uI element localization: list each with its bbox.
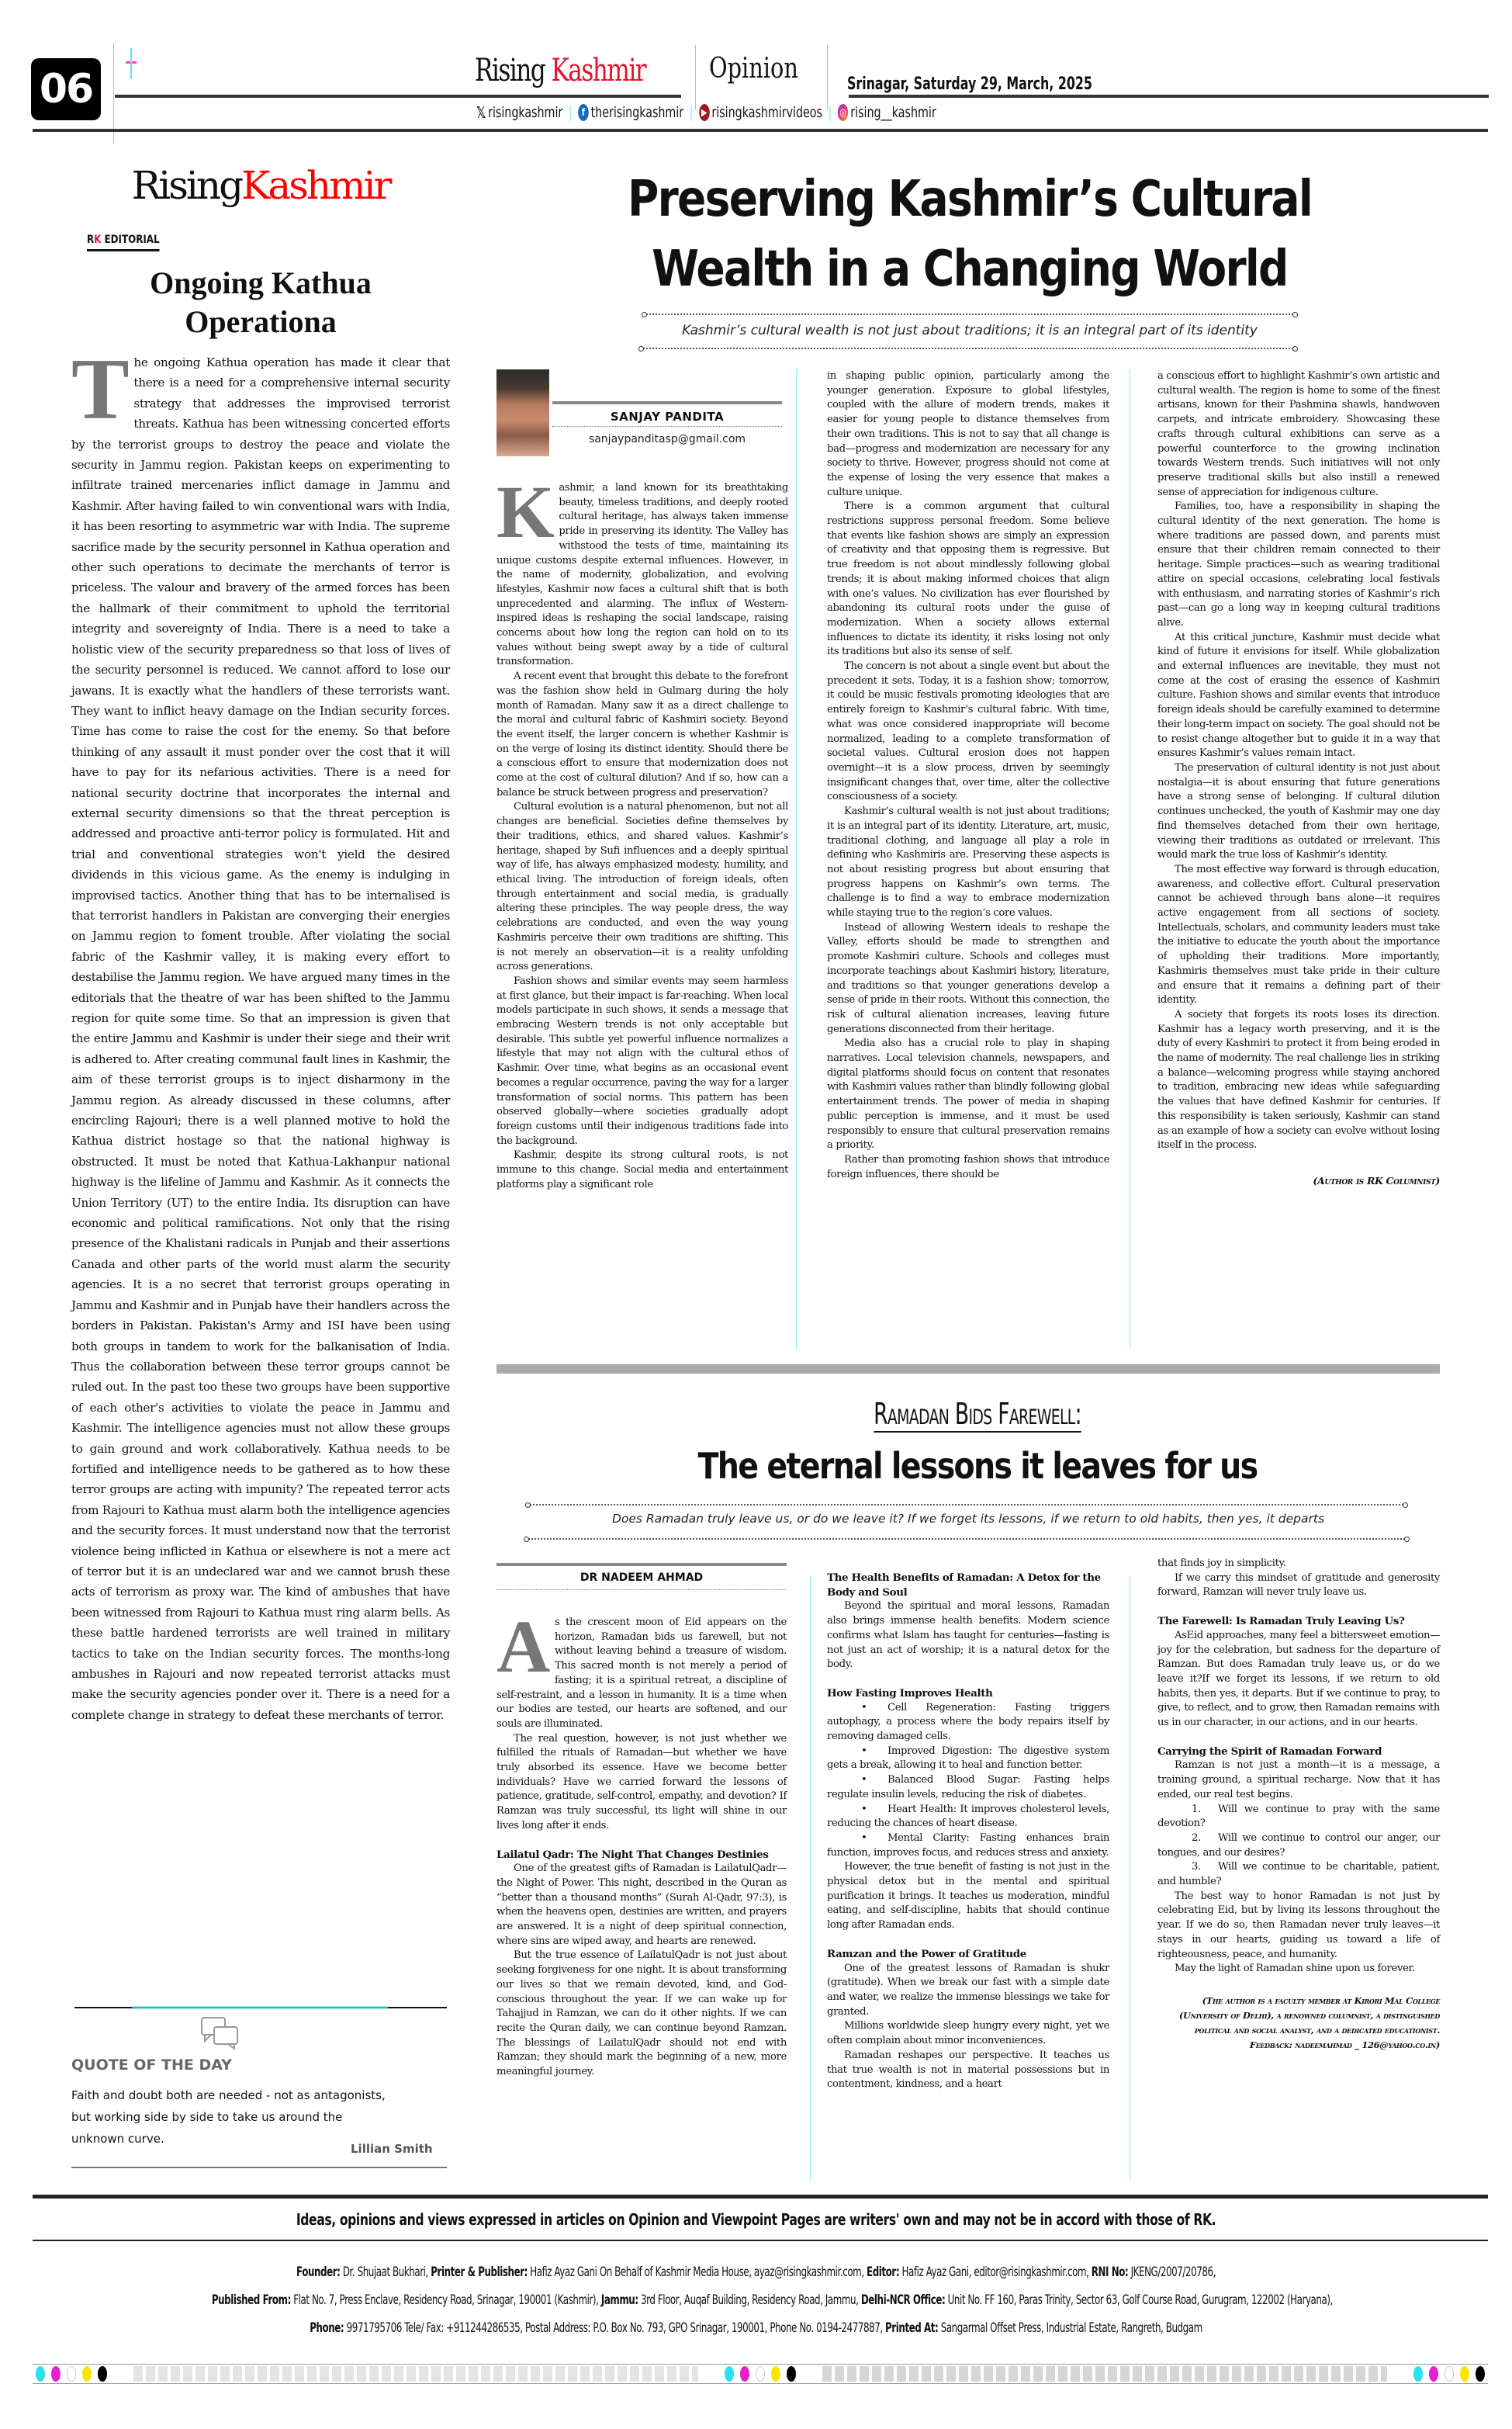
dropcap: T	[71, 355, 129, 425]
deck-rule	[526, 1538, 1407, 1540]
masthead-rule	[115, 95, 681, 98]
byline-rule	[497, 1563, 787, 1566]
chat-bubbles-icon	[200, 2016, 239, 2050]
byline-dotted-rule	[497, 1589, 787, 1590]
social-facebook[interactable]: ftherisingkashmir	[578, 104, 683, 121]
editorial-tag: RK EDITORIAL	[87, 234, 160, 251]
facebook-icon: f	[578, 104, 589, 121]
social-links: 𝕏risingkashmir | ftherisingkashmir | ▶ri…	[476, 103, 936, 122]
list-item: •Cell Regeneration: Fasting triggers aut…	[827, 1701, 1109, 1745]
article1-deck: Kashmir’s cultural wealth is not just ab…	[641, 323, 1299, 338]
logo-rising: Rising	[475, 53, 545, 88]
list-item: •Mental Clarity: Fasting enhances brain …	[827, 1831, 1109, 1860]
masthead-divider	[827, 45, 828, 110]
author-email[interactable]: sanjaypanditasp@gmail.com	[552, 433, 782, 445]
disclaimer: Ideas, opinions and views expressed in a…	[166, 2210, 1345, 2229]
article2-signoff: (The author is a faculty member at Kiror…	[1157, 1994, 1440, 2053]
dateline: Srinagar, Saturday 29, March, 2025	[847, 74, 1092, 94]
byline-rule	[552, 401, 782, 404]
article2-headline: The eternal lessons it leaves for us	[557, 1445, 1398, 1487]
subheading: The Farewell: Is Ramadan Truly Leaving U…	[1157, 1614, 1440, 1629]
list-item: •Improved Digestion: The digestive syste…	[827, 1745, 1109, 1773]
subheading: Carrying the Spirit of Ramadan Forward	[1157, 1745, 1440, 1759]
byline-dotted-rule	[552, 426, 782, 427]
dropcap: K	[497, 483, 554, 542]
deck-rule	[641, 348, 1296, 349]
article1-signoff: (Author is RK Columnist)	[1157, 1173, 1440, 1188]
list-item: •Heart Health: It improves cholesterol l…	[827, 1803, 1109, 1831]
print-color-bar	[33, 2364, 1488, 2384]
article2-column-3: that finds joy in simplicity. If we carr…	[1157, 1557, 1440, 2053]
article1-column-1: Kashmir, a land known for its breathtaki…	[497, 481, 788, 1192]
editorial-body: The ongoing Kathua operation has made it…	[71, 352, 450, 1725]
list-item: 3.Will we continue to be charitable, pat…	[1157, 1860, 1440, 1889]
logo-kashmir: Kashmir	[552, 53, 646, 88]
editorial-title: Ongoing Kathua Operationa	[71, 264, 450, 341]
footer-rule	[33, 2195, 1488, 2199]
subheading: Lailatul Qadr: The Night That Changes De…	[497, 1848, 787, 1862]
masthead-divider	[695, 45, 696, 110]
page-number: 06	[31, 58, 101, 120]
quote-heading: QUOTE OF THE DAY	[71, 2057, 232, 2074]
editorial-logo: RisingKashmir	[71, 163, 450, 208]
quote-author: Lillian Smith	[351, 2142, 433, 2156]
subheading: How Fasting Improves Health	[827, 1686, 1109, 1701]
footer-rule	[33, 2240, 1488, 2241]
subheading: Ramzan and the Power of Gratitude	[827, 1947, 1109, 1962]
list-item: 2.Will we continue to control our anger,…	[1157, 1831, 1440, 1860]
author-name: SANJAY PANDITA	[552, 410, 782, 424]
article1-column-2: in shaping public opinion, particularly …	[827, 369, 1109, 1182]
x-icon: 𝕏	[476, 103, 486, 122]
article1-headline: Preserving Kashmir’s Cultural Wealth in …	[549, 165, 1390, 304]
imprint-line-2: Published From: Flat No. 7, Press Enclav…	[212, 2292, 1300, 2307]
quote-text: Faith and doubt both are needed - not as…	[71, 2084, 397, 2150]
column-divider	[1130, 1575, 1130, 2181]
deck-rule	[528, 1504, 1406, 1506]
youtube-icon: ▶	[699, 104, 710, 121]
registration-mark-icon	[126, 48, 137, 79]
author-photo	[497, 369, 549, 456]
social-x[interactable]: 𝕏risingkashmir	[476, 103, 562, 122]
deck-rule	[644, 314, 1296, 315]
masthead-rule	[849, 95, 1489, 98]
list-item: 1.Will we continue to pray with the same…	[1157, 1803, 1440, 1831]
editorial-column: RisingKashmir RK EDITORIAL Ongoing Kathu…	[71, 163, 450, 1725]
imprint-line-3: Phone: 9971795706 Tele/ Fax: +9112442865…	[212, 2320, 1300, 2335]
imprint-line-1: Founder: Dr. Shujaat Bukhari, Printer & …	[212, 2264, 1300, 2279]
masthead-bottom-rule	[33, 129, 1488, 132]
article-separator	[497, 1364, 1440, 1374]
article2-column-1: As the crescent moon of Eid appears on t…	[497, 1616, 787, 2080]
instagram-icon: ◎	[838, 104, 849, 121]
article2-deck: Does Ramadan truly leave us, or do we le…	[526, 1512, 1410, 1526]
column-divider	[796, 369, 797, 1349]
author-name: DR NADEEM AHMAD	[497, 1571, 787, 1584]
dropcap: A	[497, 1617, 550, 1677]
social-instagram[interactable]: ◎rising__kashmir	[838, 104, 936, 121]
article1-column-3: a conscious effort to highlight Kashmir’…	[1157, 369, 1440, 1188]
subheading: The Health Benefits of Ramadan: A Detox …	[827, 1571, 1109, 1599]
quote-rule	[71, 2167, 447, 2168]
column-divider	[810, 1575, 811, 2181]
column-divider	[1130, 369, 1130, 1349]
article2-column-2: The Health Benefits of Ramadan: A Detox …	[827, 1571, 1109, 2092]
editorial-separator-accent	[132, 2006, 388, 2009]
section-label: Opinion	[709, 53, 798, 85]
article2-kicker: Ramadan Bids Farewell:	[635, 1397, 1320, 1431]
masthead-logo: Rising Kashmir	[475, 53, 645, 88]
social-youtube[interactable]: ▶risingkashmirvideos	[699, 104, 822, 121]
list-item: •Balanced Blood Sugar: Fasting helps reg…	[827, 1773, 1109, 1802]
